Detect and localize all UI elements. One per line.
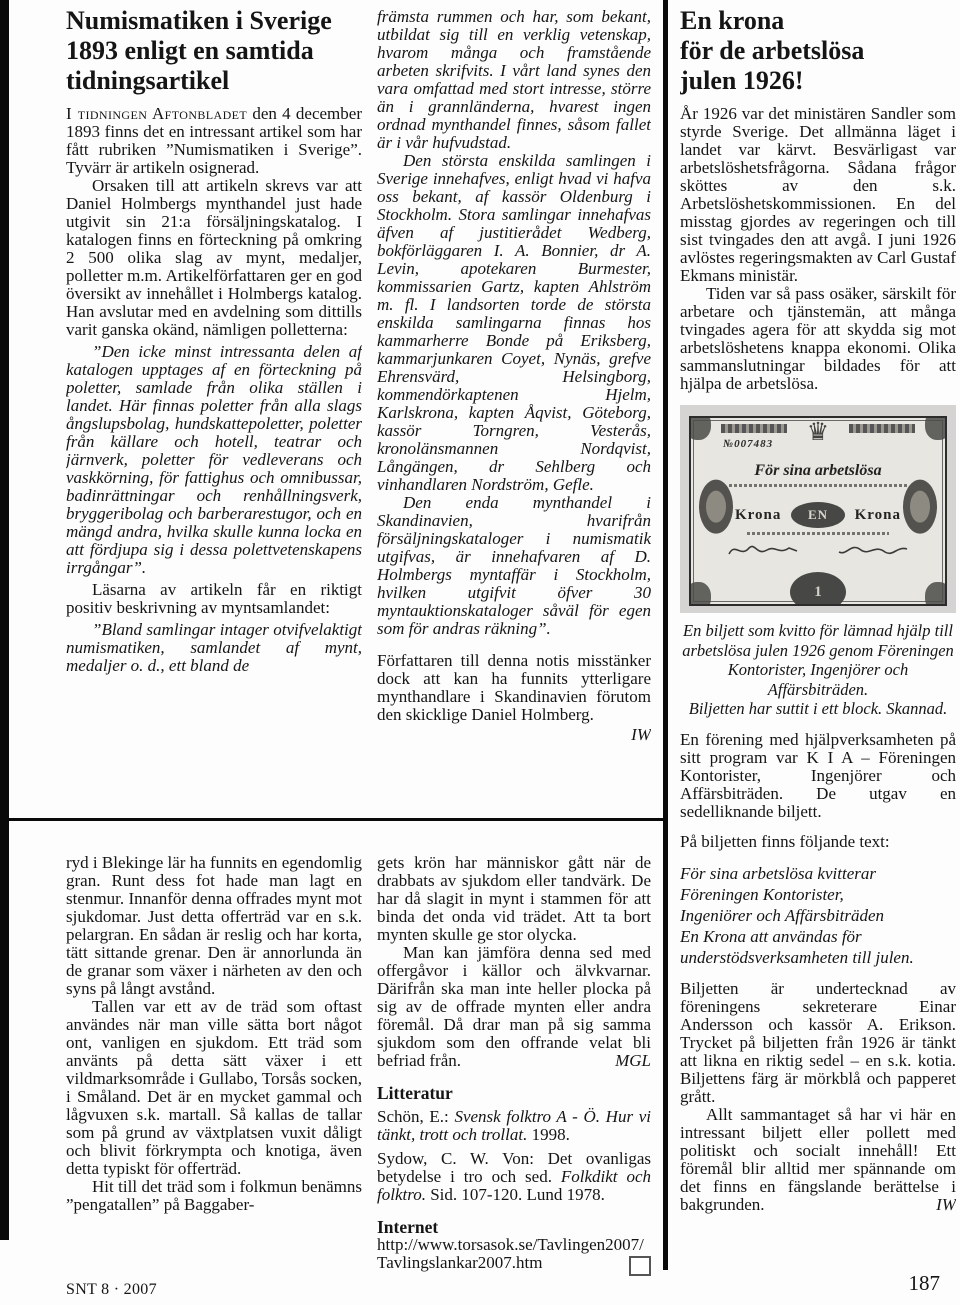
banknote-microtext-line: [747, 532, 889, 535]
article1-paragraph: Läsarna av artikeln får en riktigt posit…: [66, 581, 362, 617]
article2-column2: gets krön har människor gått när de drab…: [377, 854, 651, 1284]
article3-column: En krona för de arbetslösa julen 1926! Å…: [680, 6, 956, 1268]
article-divider-rule: [9, 818, 663, 821]
journal-issue-footer: SNT 8 · 2007: [66, 1281, 157, 1299]
article2-byline: MGL: [589, 1052, 651, 1070]
banknote-signatures: [727, 540, 909, 560]
article1-quote: Den enda mynthandel i Skandinavien, hvar…: [377, 494, 651, 638]
signature-icon: [837, 540, 909, 560]
internet-url: http://www.torsasok.se/Tavlingen2007/Tav…: [377, 1236, 651, 1272]
literature-heading: Litteratur: [377, 1084, 651, 1102]
article2-paragraph: Hit till det träd som i folkmun benämns …: [66, 1178, 362, 1214]
banknote: ♛ №007483 För sina arbetslösa Krona EN K…: [689, 416, 947, 606]
page-number: 187: [909, 1271, 941, 1296]
article2-paragraph: gets krön har människor gått när de drab…: [377, 854, 651, 944]
article1-byline: IW: [377, 726, 651, 744]
article1-quote: Den största enskilda samlingen i Sverige…: [377, 152, 651, 494]
article3-paragraph: År 1926 var det ministären Sandler som s…: [680, 105, 956, 285]
article1-column2: främsta rummen och har, som bekant, utbi…: [377, 8, 651, 814]
literature-reference: Sydow, C. W. Von: Det ovanligas betydels…: [377, 1150, 651, 1204]
banknote-heading: För sina arbetslösa: [691, 462, 945, 480]
left-edge-rule: [0, 0, 9, 1240]
article2-column1: ryd i Blekinge lär ha funnits en egendom…: [66, 854, 362, 1272]
article1-quote-continuation: främsta rummen och har, som bekant, utbi…: [377, 8, 651, 152]
article2-paragraph-text: Man kan jämföra denna sed med offergåvor…: [377, 943, 651, 1070]
article3-paragraph: På biljetten finns följande text:: [680, 833, 956, 851]
internet-url-text: http://www.torsasok.se/Tavlingen2007/Tav…: [377, 1235, 644, 1272]
banknote-caption: En biljett som kvitto för lämnad hjälp t…: [680, 621, 956, 699]
banknote-corner-ornament: [689, 582, 711, 606]
banknote-photo: ♛ №007483 För sina arbetslösa Krona EN K…: [680, 405, 956, 613]
article1-closing-paragraph: Författaren till denna notis misstänker …: [377, 652, 651, 724]
article1-paragraph: Orsaken till att artikeln skrevs var att…: [66, 177, 362, 339]
banknote-value-oval: 1: [790, 572, 846, 606]
banknote-text-quote: För sina arbetslösa kvitterar Föreningen…: [680, 863, 956, 968]
article3-title: En krona för de arbetslösa julen 1926!: [680, 6, 956, 96]
reference-year: 1998.: [527, 1125, 570, 1144]
banknote-corner-ornament: [925, 582, 947, 606]
banknote-word-krona-right: Krona: [855, 506, 901, 524]
article1-quote: ”Den icke minst intressanta delen af kat…: [66, 343, 362, 577]
medallion-inner: [910, 491, 930, 523]
banknote-microtext-line: [729, 484, 907, 487]
internet-heading: Internet: [377, 1218, 651, 1236]
signature-icon: [727, 540, 799, 560]
article1-lead-smallcaps: I tidningen Aftonbladet: [66, 104, 247, 123]
article1-title: Numismatiken i Sverige 1893 enligt en sa…: [66, 6, 362, 96]
article2-paragraph: ryd i Blekinge lär ha funnits en egendom…: [66, 854, 362, 998]
medallion-inner: [706, 491, 726, 523]
magazine-page: { "article1": { "title": "Numismatiken i…: [0, 0, 960, 1305]
article3-paragraph: Allt sammantaget så har vi här en intres…: [680, 1106, 956, 1214]
article3-paragraph: Biljetten är undertecknad av föreningens…: [680, 980, 956, 1106]
medallion-right: [903, 480, 937, 534]
article3-byline: IW: [910, 1196, 956, 1214]
reference-author: Schön, E.:: [377, 1107, 454, 1126]
article3-paragraph: Tiden var så pass osäker, särskilt för a…: [680, 285, 956, 393]
article2-paragraph: Man kan jämföra denna sed med offergåvor…: [377, 944, 651, 1070]
banknote-denomination-row: Krona EN Krona: [735, 502, 901, 528]
article1-lead: I tidningen Aftonbladet den 4 december 1…: [66, 105, 362, 177]
article1-quote-start: ”Bland samlingar intager otvifvelaktigt …: [66, 621, 362, 675]
banknote-en-oval: EN: [791, 502, 845, 528]
article2-paragraph: Tallen var ett av de träd som oftast anv…: [66, 998, 362, 1178]
column-divider-rule: [663, 0, 668, 1270]
article3-paragraph: En förening med hjälpverksamheten på sit…: [680, 731, 956, 821]
reference-pages: Sid. 107-120. Lund 1978.: [426, 1185, 605, 1204]
banknote-word-krona-left: Krona: [735, 506, 781, 524]
banknote-serial-number: №007483: [723, 435, 773, 453]
literature-reference: Schön, E.: Svensk folktro A - Ö. Hur vi …: [377, 1108, 651, 1144]
end-of-article-box-icon: [629, 1256, 651, 1276]
medallion-left: [699, 480, 733, 534]
article1-column1: Numismatiken i Sverige 1893 enligt en sa…: [66, 6, 362, 816]
banknote-caption-note: Biljetten har suttit i ett block. Skanna…: [680, 699, 956, 719]
